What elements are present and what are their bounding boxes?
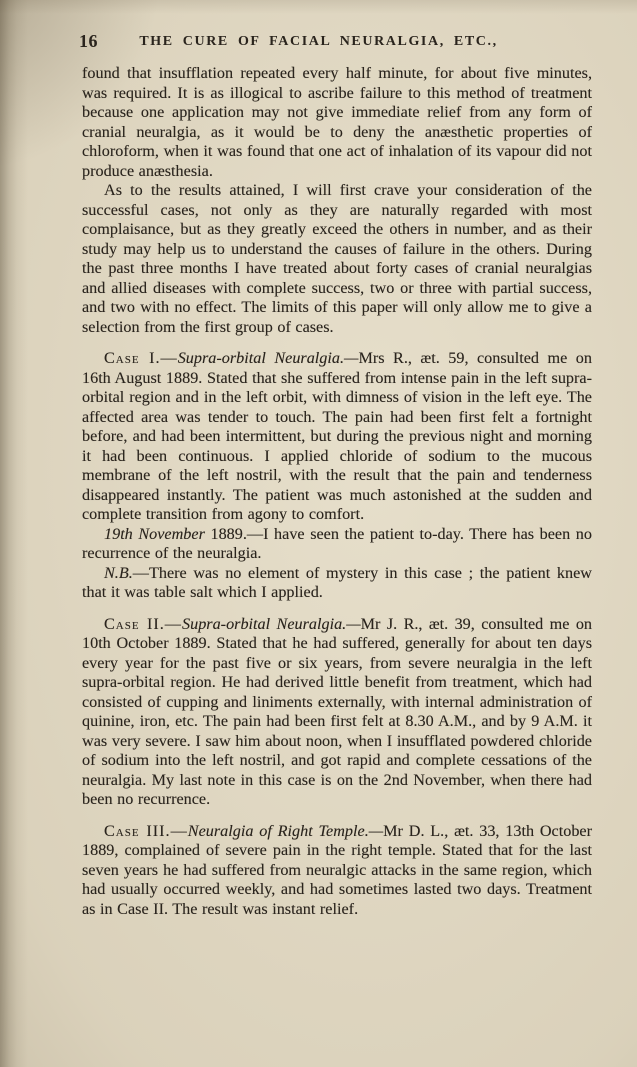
case-1-label: Case I.— xyxy=(104,349,178,367)
paragraph-continuation: found that insufflation repeated every h… xyxy=(82,64,592,181)
paragraph-results: As to the results attained, I will first… xyxy=(82,181,592,337)
case-2-body-text: Mr J. R., æt. 39, consulted me on 10th O… xyxy=(82,615,592,809)
case-2-paragraph: Case II.—Supra-orbital Neuralgia.—Mr J. … xyxy=(82,615,592,810)
case-3-paragraph: Case III.—Neuralgia of Right Temple.—Mr … xyxy=(82,822,592,920)
case-3-title: Neuralgia of Right Temple.— xyxy=(188,822,383,840)
page-gutter-shadow xyxy=(0,0,30,1067)
case-1-nb-text: —There was no element of mystery in this… xyxy=(82,564,592,602)
case-1-body-text: Mrs R., æt. 59, consulted me on 16th Aug… xyxy=(82,349,592,523)
case-2-title: Supra-orbital Neuralgia.— xyxy=(182,615,361,633)
case-1-followup-date: 19th November xyxy=(104,525,205,543)
page-number: 16 xyxy=(79,31,98,52)
book-page: 16 THE CURE OF FACIAL NEURALGIA, ETC., f… xyxy=(0,0,637,1067)
case-1-paragraph: Case I.—Supra-orbital Neuralgia.—Mrs R.,… xyxy=(82,349,592,525)
case-2-label: Case II.— xyxy=(104,615,182,633)
case-1-nb-note: N.B.—There was no element of mystery in … xyxy=(82,564,592,603)
case-1-nb-label: N.B. xyxy=(104,564,133,582)
case-3-label: Case III.— xyxy=(104,822,188,840)
case-1-followup-note: 19th November 1889.—I have seen the pati… xyxy=(82,525,592,564)
page-header: 16 THE CURE OF FACIAL NEURALGIA, ETC., xyxy=(0,31,637,53)
case-1-title: Supra-orbital Neuralgia.— xyxy=(178,349,359,367)
page-body: found that insufflation repeated every h… xyxy=(82,64,592,919)
